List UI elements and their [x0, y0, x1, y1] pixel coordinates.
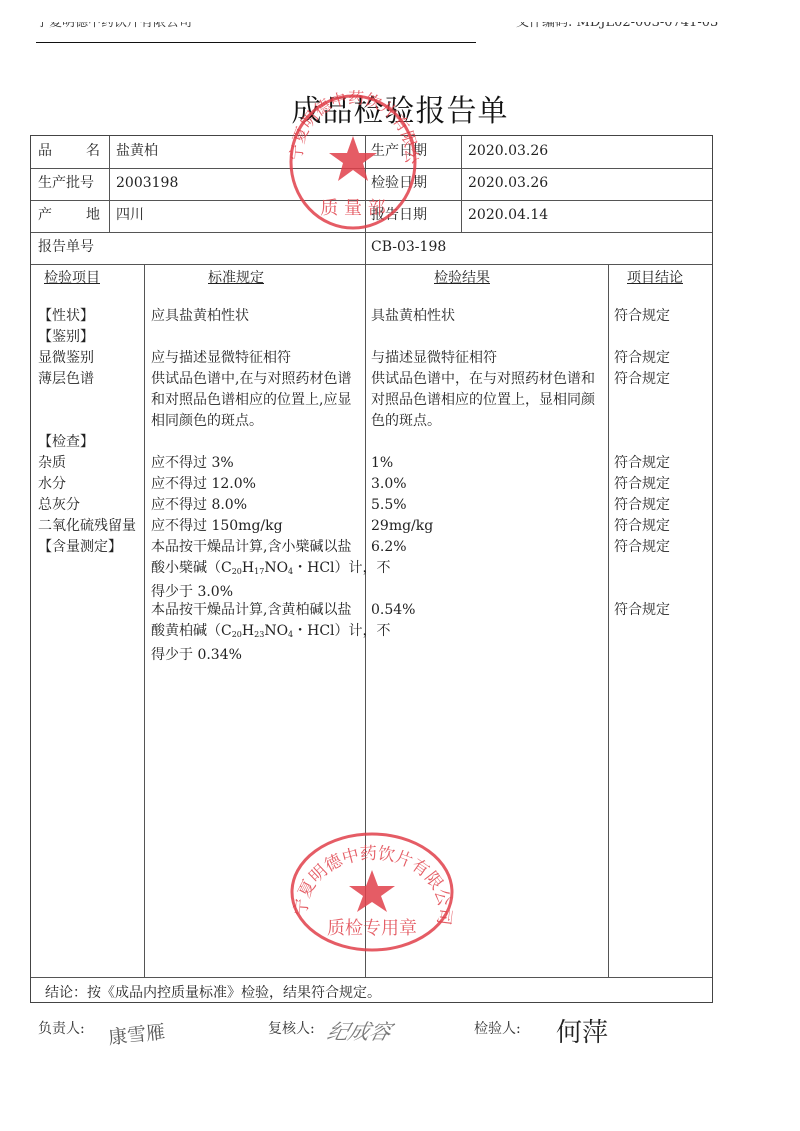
responsible-signature: 康雪雁 — [107, 1017, 167, 1050]
row-divider — [31, 232, 712, 233]
standard-spec: 应不得过 3% — [151, 453, 234, 474]
col-divider — [109, 136, 110, 232]
test-result: 29mg/kg — [371, 516, 433, 537]
product-name-value: 盐黄柏 — [116, 141, 158, 162]
company-header: 宁夏明德中药饮片有限公司 — [36, 22, 256, 36]
test-result: 6.2% — [371, 537, 407, 558]
row-divider — [31, 200, 712, 201]
report-table: 品名 盐黄柏 生产批号 2003198 产地 四川 生产日期 2020.03.2… — [30, 135, 713, 1003]
report-number-value: CB-03-198 — [371, 237, 446, 258]
document-code: 文件编码: MDJL02-003-0741-03 — [516, 22, 756, 36]
test-result: 5.5% — [371, 495, 407, 516]
report-date-value: 2020.04.14 — [468, 205, 548, 226]
standard-spec: 应不得过 8.0% — [151, 495, 247, 516]
test-item: 【含量测定】 — [38, 537, 122, 558]
standard-spec: 应与描述显微特征相符 — [151, 348, 291, 369]
col-divider — [461, 136, 462, 232]
batch-label: 生产批号 — [38, 173, 94, 194]
item-conclusion: 符合规定 — [614, 516, 670, 537]
test-date-value: 2020.03.26 — [468, 173, 548, 194]
overall-conclusion: 结论：按《成品内控质量标准》检验，结果符合规定。 — [45, 983, 381, 1004]
batch-value: 2003198 — [116, 173, 178, 194]
test-item: 【鉴别】 — [38, 327, 94, 348]
column-header-standard: 标准规定 — [208, 267, 264, 287]
production-date-label: 生产日期 — [371, 141, 427, 162]
test-item: 【性状】 — [38, 306, 94, 327]
test-date-label: 检验日期 — [371, 173, 427, 194]
test-result: 1% — [371, 453, 393, 474]
column-header-conclusion: 项目结论 — [627, 267, 683, 287]
item-conclusion: 符合规定 — [614, 306, 670, 327]
standard-spec: 应具盐黄柏性状 — [151, 306, 249, 327]
standard-spec: 本品按干燥品计算,含黄柏碱以盐酸黄柏碱（C20H23NO4・HCl）计，不得少于… — [151, 600, 391, 666]
column-header-item: 检验项目 — [44, 267, 100, 287]
test-result: 供试品色谱中，在与对照药材色谱和对照品色谱相应的位置上，显相同颜色的斑点。 — [371, 369, 595, 432]
item-conclusion: 符合规定 — [614, 474, 670, 495]
product-name-label: 品名 — [38, 141, 100, 162]
column-header-result: 检验结果 — [434, 267, 490, 287]
standard-spec: 应不得过 150mg/kg — [151, 516, 283, 537]
standard-spec: 本品按干燥品计算,含小檗碱以盐酸小檗碱（C20H17NO4・HCl）计，不得少于… — [151, 537, 391, 603]
col-divider — [608, 264, 609, 977]
reviewer-label: 复核人: — [268, 1018, 315, 1038]
reviewer-signature: 纪成容 — [324, 1016, 395, 1046]
standard-spec: 应不得过 12.0% — [151, 474, 256, 495]
col-divider — [144, 264, 145, 977]
test-item: 【检查】 — [38, 432, 94, 453]
report-title: 成品检验报告单 — [0, 86, 800, 130]
test-result: 0.54% — [371, 600, 415, 621]
item-conclusion: 符合规定 — [614, 600, 670, 621]
item-conclusion: 符合规定 — [614, 369, 670, 390]
item-conclusion: 符合规定 — [614, 453, 670, 474]
test-item: 显微鉴别 — [38, 348, 94, 369]
test-result: 与描述显微特征相符 — [371, 348, 497, 369]
test-item: 水分 — [38, 474, 66, 495]
inspector-signature: 何萍 — [556, 1012, 608, 1049]
row-divider — [31, 168, 712, 169]
origin-value: 四川 — [116, 205, 144, 226]
header-rule-full — [36, 42, 476, 43]
responsible-label: 负责人: — [38, 1018, 85, 1038]
test-item: 薄层色谱 — [38, 369, 94, 390]
row-divider — [31, 264, 712, 265]
test-item: 总灰分 — [38, 495, 80, 516]
row-divider — [31, 977, 712, 978]
report-number-label: 报告单号 — [38, 237, 94, 258]
item-conclusion: 符合规定 — [614, 495, 670, 516]
item-conclusion: 符合规定 — [614, 348, 670, 369]
test-result: 3.0% — [371, 474, 407, 495]
production-date-value: 2020.03.26 — [468, 141, 548, 162]
standard-spec: 供试品色谱中,在与对照药材色谱和对照品色谱相应的位置上,应显相同颜色的斑点。 — [151, 369, 351, 432]
origin-label: 产地 — [38, 205, 100, 226]
report-date-label: 报告日期 — [371, 205, 427, 226]
test-item: 杂质 — [38, 453, 66, 474]
test-result: 具盐黄柏性状 — [371, 306, 455, 327]
item-conclusion: 符合规定 — [614, 537, 670, 558]
inspector-label: 检验人: — [474, 1018, 521, 1038]
test-item: 二氧化硫残留量 — [38, 516, 136, 537]
